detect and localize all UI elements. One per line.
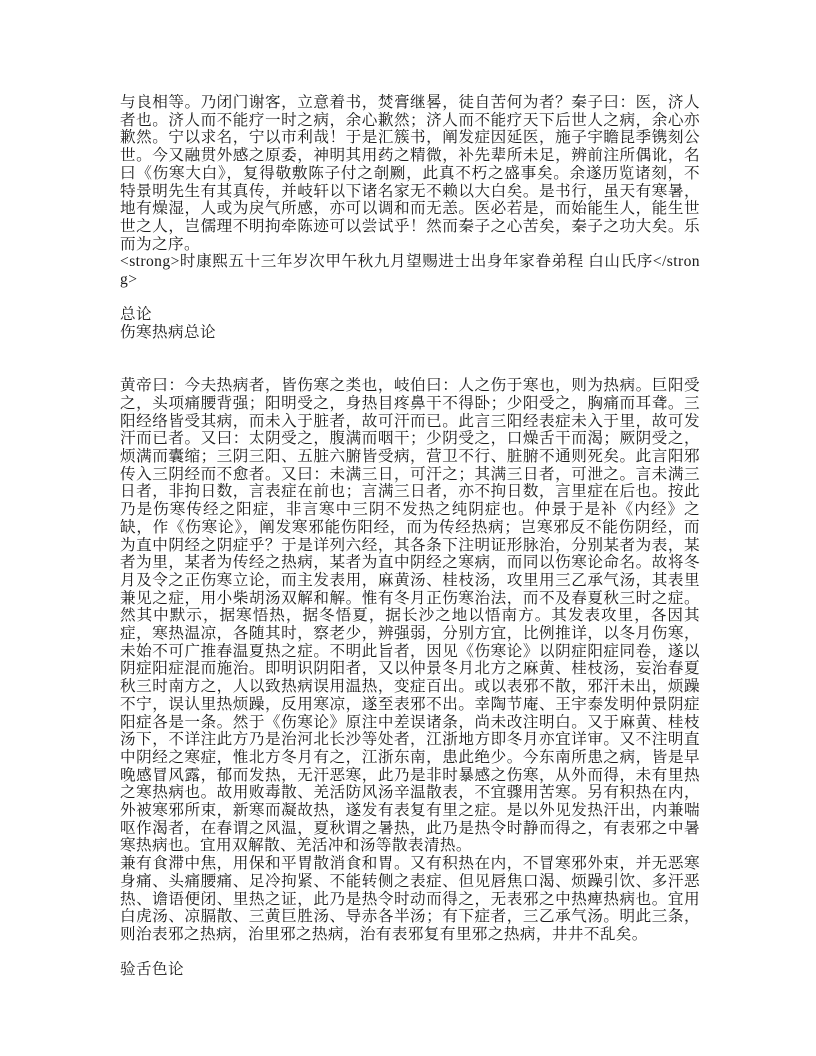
document-page: 与良相等。乃闭门谢客，立意着书，焚膏继晷，徒自苦何为者？秦子曰：医，济人者也。济… (120, 94, 700, 979)
next-section-title: 验舌色论 (120, 961, 700, 979)
section-title: 总论 (120, 306, 700, 324)
spacer (120, 289, 700, 307)
body-paragraph: 兼有食滞中焦，用保和平胃散消食和胃。又有积热在内，不冒寒邪外束，并无恶寒身痛、头… (120, 855, 700, 944)
preface-signature: <strong>时康熙五十三年岁次甲午秋九月望赐进士出身年家眷弟程 白山氏序</… (120, 253, 700, 288)
spacer (120, 944, 700, 962)
spacer (120, 342, 700, 360)
preface-paragraph: 与良相等。乃闭门谢客，立意着书，焚膏继晷，徒自苦何为者？秦子曰：医，济人者也。济… (120, 94, 700, 253)
spacer (120, 360, 700, 378)
body-paragraph: 黄帝曰：今夫热病者，皆伤寒之类也，岐伯曰：人之伤于寒也，则为热病。巨阳受之，头项… (120, 377, 700, 855)
section-subtitle: 伤寒热病总论 (120, 324, 700, 342)
